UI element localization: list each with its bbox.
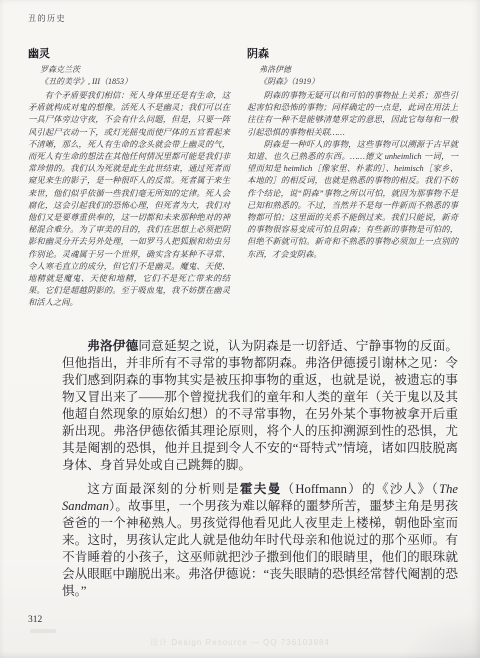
epigraph-ghost-author: 罗森克兰茨 xyxy=(40,64,230,76)
page-curl-shade xyxy=(400,613,480,658)
epigraph-ghost: 幽灵 罗森克兰茨 《丑的美学》, III（1853） 有个矛盾要我们相信：死人身… xyxy=(28,48,230,310)
text-segment: 同意延契之说，认为阴森是一切舒适、宁静事物的反面。但他指出，并非所有不寻常的事物… xyxy=(62,339,458,472)
paragraph: 这方面最深刻的分析则是霍夫曼（Hoffmann）的《沙人》（The Sandma… xyxy=(62,481,458,600)
epigraph-uncanny-author: 弗洛伊德 xyxy=(259,64,458,76)
epigraph-uncanny-text: 阴森的事物无疑可以和可怕的事物扯上关系；那些引起害怕和恐怖的事物；同样确定的一点… xyxy=(247,90,458,261)
book-page: 丑的历史 幽灵 罗森克兰茨 《丑的美学》, III（1853） 有个矛盾要我们相… xyxy=(0,0,480,658)
paragraph: 弗洛伊德同意延契之说，认为阴森是一切舒适、宁静事物的反面。但他指出，并非所有不寻… xyxy=(62,338,458,474)
epigraph-uncanny-meta: 弗洛伊德 《阴森》（1919） xyxy=(247,64,458,87)
text-segment: heimisch xyxy=(394,164,424,173)
scan-smudge xyxy=(30,629,56,633)
text-segment: ［家乡、本地的］的相反词，也就是熟悉的事物的相反。我们不妨作个结论，说“阴森”事… xyxy=(247,164,458,258)
text-segment: ［像家里、朴素的］、 xyxy=(312,164,394,173)
emphasized-name: 弗洛伊德 xyxy=(87,339,138,353)
page-number: 312 xyxy=(28,615,42,625)
text-segment: 有个矛盾要我们相信：死人身体里还是有生命，这矛盾就构成对鬼的想像。活死人不是幽灵… xyxy=(28,91,230,307)
text-segment: （Hoffmann）的《沙人》（ xyxy=(282,482,440,496)
epigraph-ghost-source: 《丑的美学》, III（1853） xyxy=(40,76,230,88)
text-segment: heimlich xyxy=(284,164,313,173)
emphasized-name: 霍夫曼 xyxy=(240,482,282,496)
epigraph-uncanny: 阴森 弗洛伊德 《阴森》（1919） 阴森的事物无疑可以和可怕的事物扯上关系；那… xyxy=(247,48,458,310)
epigraph-uncanny-title: 阴森 xyxy=(247,48,458,60)
epigraph-ghost-meta: 罗森克兰茨 《丑的美学》, III（1853） xyxy=(28,64,230,87)
text-segment: 阴森的事物无疑可以和可怕的事物扯上关系；那些引起害怕和恐怖的事物；同样确定的一点… xyxy=(247,91,458,137)
main-text: 弗洛伊德同意延契之说，认为阴森是一切舒适、宁静事物的反面。但他指出，并非所有不寻… xyxy=(62,338,458,607)
epigraph-uncanny-source: 《阴森》（1919） xyxy=(259,76,458,88)
paragraph: 阴森的事物无疑可以和可怕的事物扯上关系；那些引起害怕和恐怖的事物；同样确定的一点… xyxy=(247,90,458,139)
running-header: 丑的历史 xyxy=(28,13,66,24)
epigraph-ghost-title: 幽灵 xyxy=(28,48,230,60)
text-segment: 这方面最深刻的分析则是 xyxy=(87,482,240,496)
paragraph: 阴森是一种吓人的事物，这些事物可以溯源于古早就知道、也久已熟悉的东西。……德文 … xyxy=(247,139,458,261)
text-segment: ）。故事里，一个男孩为难以解释的噩梦所苦，噩梦主角是男孩爸爸的一个神秘熟人。男孩… xyxy=(62,499,458,598)
text-segment: unheimlich xyxy=(385,152,422,161)
paragraph: 有个矛盾要我们相信：死人身体里还是有生命，这矛盾就构成对鬼的想像。活死人不是幽灵… xyxy=(28,90,230,310)
epigraph-section: 幽灵 罗森克兰茨 《丑的美学》, III（1853） 有个矛盾要我们相信：死人身… xyxy=(28,48,458,310)
epigraph-ghost-text: 有个矛盾要我们相信：死人身体里还是有生命，这矛盾就构成对鬼的想像。活死人不是幽灵… xyxy=(28,90,230,310)
